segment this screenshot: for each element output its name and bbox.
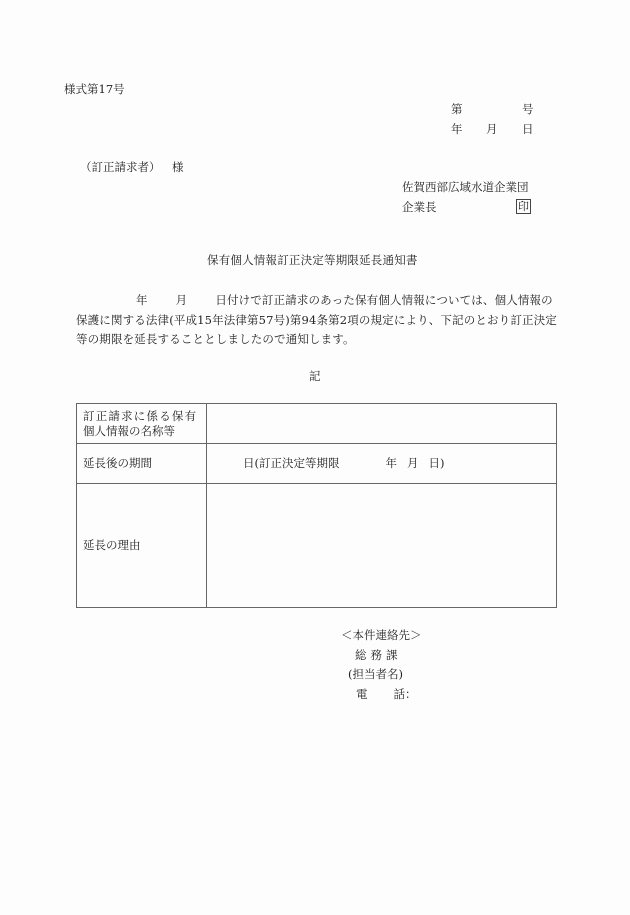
body-month-label: 月 xyxy=(176,293,188,307)
contact-heading: ＜本件連絡先＞ xyxy=(341,630,422,642)
ki-heading: 記 xyxy=(309,371,321,383)
table-label-personal-info-name: 訂正請求に係る保有 個人情報の名称等 xyxy=(77,404,207,444)
document-number-label: 第 xyxy=(451,104,463,116)
period-day-close: 日) xyxy=(429,456,445,470)
period-deadline-label: (訂正決定等期限 xyxy=(255,456,340,470)
body-year-label: 年 xyxy=(136,293,148,307)
table-value-extension-reason[interactable] xyxy=(207,484,557,608)
table-row-extended-period: 延長後の期間 日(訂正決定等期限年月日) xyxy=(77,444,557,484)
contact-person: (担当者名) xyxy=(348,669,403,681)
label-line-2: 個人情報の名称等 xyxy=(83,424,206,439)
body-paragraph-line-1: 年月日付けで訂正請求のあった保有個人情報については、個人情報の xyxy=(76,295,553,307)
form-number: 様式第17号 xyxy=(64,84,125,96)
table-label-extension-reason: 延長の理由 xyxy=(77,484,207,608)
addressee-honorific: 様 xyxy=(172,162,184,174)
sender-title: 企業長 xyxy=(402,202,437,214)
date-month-label: 月 xyxy=(486,124,498,136)
table-value-extended-period[interactable]: 日(訂正決定等期限年月日) xyxy=(207,444,557,484)
label-line-1: 訂正請求に係る保有 xyxy=(83,409,206,424)
details-table: 訂正請求に係る保有 個人情報の名称等 延長後の期間 日(訂正決定等期限年月日) … xyxy=(76,403,557,608)
phone-label-part-2: 話： xyxy=(394,687,417,701)
period-year: 年 xyxy=(386,456,398,470)
body-paragraph-line-3: 等の期限を延長することとしましたので通知します。 xyxy=(76,334,355,346)
document-number-suffix: 号 xyxy=(522,104,534,116)
body-text: 日付けで訂正請求のあった保有個人情報については、個人情報の xyxy=(215,293,553,307)
body-paragraph-line-2: 保護に関する法律(平成15年法律第57号)第94条第2項の規定により、下記のとお… xyxy=(76,315,557,327)
table-value-personal-info-name[interactable] xyxy=(207,404,557,444)
contact-department: 総務課 xyxy=(355,650,402,662)
phone-label-part-1: 電 xyxy=(356,687,368,701)
period-month: 月 xyxy=(407,456,419,470)
date-day-label: 日 xyxy=(522,124,534,136)
addressee-name: （訂正請求者） xyxy=(80,162,161,174)
contact-phone: 電話： xyxy=(356,689,417,701)
table-label-extended-period: 延長後の期間 xyxy=(77,444,207,484)
table-row-personal-info-name: 訂正請求に係る保有 個人情報の名称等 xyxy=(77,404,557,444)
seal-stamp-icon: 印 xyxy=(516,199,531,214)
table-row-extension-reason: 延長の理由 xyxy=(77,484,557,608)
date-year-label: 年 xyxy=(451,124,463,136)
sender-organization: 佐賀西部広域水道企業団 xyxy=(402,182,529,194)
document-title: 保有個人情報訂正決定等期限延長通知書 xyxy=(207,255,418,267)
period-day: 日 xyxy=(243,456,255,470)
